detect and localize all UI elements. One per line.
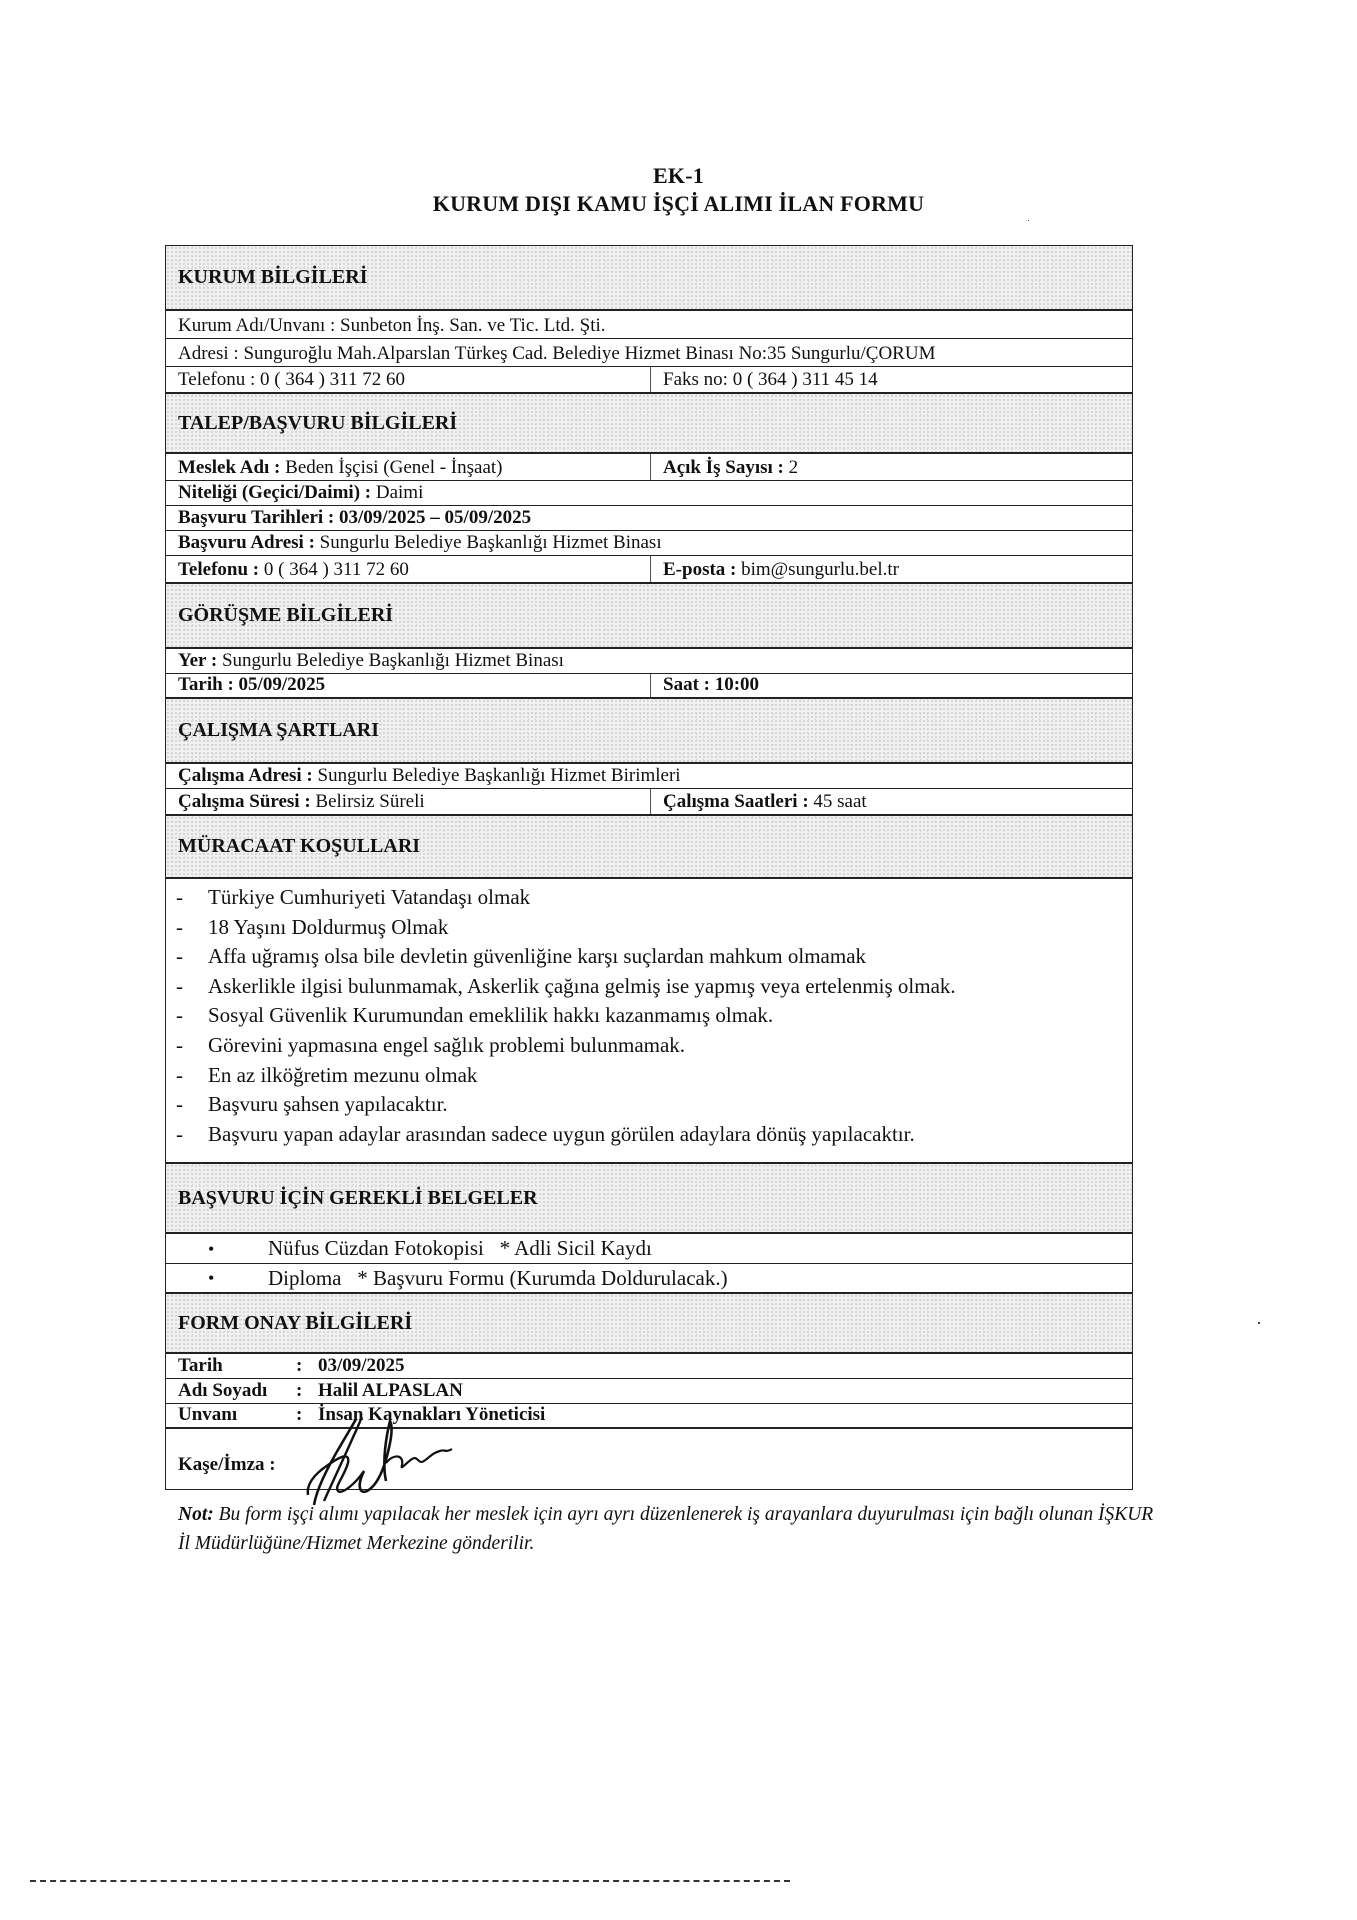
nature-value: Daimi (376, 483, 424, 502)
section-header-required-documents: BAŞVURU İÇİN GEREKLİ BELGELER (166, 1164, 1132, 1234)
approval-date-value: 03/09/2025 (318, 1356, 405, 1375)
condition-text: En az ilköğretim mezunu olmak (208, 1061, 477, 1091)
annex-label: EK-1 (0, 163, 1357, 189)
application-address-row: Başvuru Adresi : Sungurlu Belediye Başka… (166, 531, 1132, 556)
condition-item: -Başvuru şahsen yapılacaktır. (176, 1090, 1132, 1120)
application-address-value: Sungurlu Belediye Başkanlığı Hizmet Bina… (320, 533, 662, 552)
section-title: TALEP/BAŞVURU BİLGİLERİ (178, 412, 457, 435)
work-duration-label: Çalışma Süresi : (178, 792, 311, 811)
interview-date-label: Tarih : (178, 675, 234, 694)
condition-text: Sosyal Güvenlik Kurumundan emeklilik hak… (208, 1001, 773, 1031)
institution-phone-row: Telefonu : 0 ( 364 ) 311 72 60 Faks no: … (166, 367, 1132, 394)
condition-item: -18 Yaşını Doldurmuş Olmak (176, 913, 1132, 943)
application-conditions-list: -Türkiye Cumhuriyeti Vatandaşı olmak-18 … (166, 879, 1132, 1164)
dash-bullet-icon: - (176, 1001, 208, 1031)
document-text: Diploma * Başvuru Formu (Kurumda Dolduru… (268, 1268, 728, 1289)
institution-fax-value: 0 ( 364 ) 311 45 14 (733, 370, 878, 389)
application-phone-value: 0 ( 364 ) 311 72 60 (264, 560, 409, 579)
signature-icon (294, 1413, 494, 1513)
institution-address-row: Adresi : Sunguroğlu Mah.Alparslan Türkeş… (166, 339, 1132, 367)
condition-text: Affa uğramış olsa bile devletin güvenliğ… (208, 942, 866, 972)
application-address-label: Başvuru Adresi : (178, 533, 315, 552)
dash-bullet-icon: - (176, 942, 208, 972)
section-title: ÇALIŞMA ŞARTLARI (178, 719, 379, 742)
application-dates-label: Başvuru Tarihleri : (178, 508, 334, 527)
nature-row: Niteliği (Geçici/Daimi) : Daimi (166, 481, 1132, 506)
dash-bullet-icon: - (176, 1031, 208, 1061)
condition-text: Türkiye Cumhuriyeti Vatandaşı olmak (208, 883, 530, 913)
section-header-application: TALEP/BAŞVURU BİLGİLERİ (166, 394, 1132, 454)
section-header-form-approval: FORM ONAY BİLGİLERİ (166, 1294, 1132, 1354)
condition-item: -Türkiye Cumhuriyeti Vatandaşı olmak (176, 883, 1132, 913)
work-hours-label: Çalışma Saatleri : (663, 792, 809, 811)
institution-address-label: Adresi : (178, 344, 239, 363)
work-hours-value: 45 saat (813, 792, 866, 811)
footer-note: Not: Bu form işçi alımı yapılacak her me… (178, 1500, 1158, 1558)
openings-label: Açık İş Sayısı : (663, 458, 784, 477)
application-phone-label: Telefonu : (178, 560, 259, 579)
job-posting-form-table: KURUM BİLGİLERİ Kurum Adı/Unvanı : Sunbe… (165, 245, 1133, 1490)
document-item: •Diploma * Başvuru Formu (Kurumda Doldur… (166, 1264, 1132, 1294)
scan-artifact (1028, 220, 1029, 221)
section-header-working-conditions: ÇALIŞMA ŞARTLARI (166, 699, 1132, 764)
work-duration-row: Çalışma Süresi : Belirsiz Süreli Çalışma… (166, 789, 1132, 816)
interview-place-label: Yer : (178, 651, 217, 670)
application-contact-row: Telefonu : 0 ( 364 ) 311 72 60 E-posta :… (166, 556, 1132, 584)
occupation-label: Meslek Adı : (178, 458, 280, 477)
approval-name-value: Halil ALPASLAN (318, 1381, 463, 1400)
interview-place-row: Yer : Sungurlu Belediye Başkanlığı Hizme… (166, 649, 1132, 674)
dash-bullet-icon: - (176, 1090, 208, 1120)
bullet-icon: • (166, 1269, 268, 1287)
application-dates-value: 03/09/2025 – 05/09/2025 (339, 508, 531, 527)
stamp-signature-row: Kaşe/İmza : (166, 1429, 1132, 1489)
work-address-row: Çalışma Adresi : Sungurlu Belediye Başka… (166, 764, 1132, 789)
document-title: KURUM DIŞI KAMU İŞÇİ ALIMI İLAN FORMU (0, 191, 1357, 217)
openings-value: 2 (789, 458, 799, 477)
approval-name-row: Adı Soyadı:Halil ALPASLAN (166, 1379, 1132, 1404)
colon: : (296, 1381, 318, 1400)
condition-item: -Başvuru yapan adaylar arasından sadece … (176, 1120, 1132, 1150)
condition-item: -Askerlikle ilgisi bulunmamak, Askerlik … (176, 972, 1132, 1002)
section-title: FORM ONAY BİLGİLERİ (178, 1312, 412, 1335)
section-title: MÜRACAAT KOŞULLARI (178, 835, 420, 858)
condition-item: -Görevini yapmasına engel sağlık problem… (176, 1031, 1132, 1061)
dash-bullet-icon: - (176, 883, 208, 913)
approval-date-row: Tarih:03/09/2025 (166, 1354, 1132, 1379)
scan-artifact (1258, 1322, 1260, 1324)
institution-name-row: Kurum Adı/Unvanı : Sunbeton İnş. San. ve… (166, 311, 1132, 339)
dash-bullet-icon: - (176, 1061, 208, 1091)
note-label: Not: (178, 1504, 214, 1525)
required-documents-list: •Nüfus Cüzdan Fotokopisi * Adli Sicil Ka… (166, 1234, 1132, 1294)
condition-text: 18 Yaşını Doldurmuş Olmak (208, 913, 448, 943)
dash-bullet-icon: - (176, 1120, 208, 1150)
section-header-interview: GÖRÜŞME BİLGİLERİ (166, 584, 1132, 649)
page-bottom-rule (30, 1880, 790, 1882)
document-item: •Nüfus Cüzdan Fotokopisi * Adli Sicil Ka… (166, 1234, 1132, 1264)
section-header-institution: KURUM BİLGİLERİ (166, 246, 1132, 311)
approval-date-label: Tarih (178, 1356, 296, 1375)
condition-item: -Affa uğramış olsa bile devletin güvenli… (176, 942, 1132, 972)
institution-address-value: Sunguroğlu Mah.Alparslan Türkeş Cad. Bel… (243, 344, 935, 363)
approval-title-label: Unvanı (178, 1405, 296, 1424)
condition-text: Başvuru şahsen yapılacaktır. (208, 1090, 448, 1120)
institution-phone-label: Telefonu : (178, 370, 255, 389)
condition-text: Görevini yapmasına engel sağlık problemi… (208, 1031, 685, 1061)
section-title: BAŞVURU İÇİN GEREKLİ BELGELER (178, 1187, 538, 1210)
section-title: KURUM BİLGİLERİ (178, 266, 367, 289)
document-text: Nüfus Cüzdan Fotokopisi * Adli Sicil Kay… (268, 1238, 652, 1259)
colon: : (296, 1356, 318, 1375)
institution-name-value: Sunbeton İnş. San. ve Tic. Ltd. Şti. (340, 316, 606, 335)
condition-text: Askerlikle ilgisi bulunmamak, Askerlik ç… (208, 972, 956, 1002)
condition-text: Başvuru yapan adaylar arasından sadece u… (208, 1120, 915, 1150)
work-duration-value: Belirsiz Süreli (315, 792, 424, 811)
application-email-label: E-posta : (663, 560, 736, 579)
interview-date-value: 05/09/2025 (239, 675, 326, 694)
interview-time-label: Saat : (663, 675, 710, 694)
institution-fax-label: Faks no: (663, 370, 728, 389)
section-title: GÖRÜŞME BİLGİLERİ (178, 604, 393, 627)
occupation-value: Beden İşçisi (Genel - İnşaat) (285, 458, 502, 477)
interview-time-value: 10:00 (715, 675, 759, 694)
application-email-value: bim@sungurlu.bel.tr (741, 560, 899, 579)
nature-label: Niteliği (Geçici/Daimi) : (178, 483, 371, 502)
institution-name-label: Kurum Adı/Unvanı : (178, 316, 335, 335)
section-header-application-conditions: MÜRACAAT KOŞULLARI (166, 816, 1132, 879)
dash-bullet-icon: - (176, 913, 208, 943)
application-dates-row: Başvuru Tarihleri : 03/09/2025 – 05/09/2… (166, 506, 1132, 531)
note-text: Bu form işçi alımı yapılacak her meslek … (178, 1504, 1153, 1554)
condition-item: -Sosyal Güvenlik Kurumundan emeklilik ha… (176, 1001, 1132, 1031)
interview-datetime-row: Tarih : 05/09/2025 Saat : 10:00 (166, 674, 1132, 699)
approval-name-label: Adı Soyadı (178, 1381, 296, 1400)
occupation-row: Meslek Adı : Beden İşçisi (Genel - İnşaa… (166, 454, 1132, 481)
stamp-signature-label: Kaşe/İmza : (178, 1455, 276, 1474)
work-address-label: Çalışma Adresi : (178, 766, 313, 785)
work-address-value: Sungurlu Belediye Başkanlığı Hizmet Biri… (318, 766, 681, 785)
bullet-icon: • (166, 1240, 268, 1258)
dash-bullet-icon: - (176, 972, 208, 1002)
interview-place-value: Sungurlu Belediye Başkanlığı Hizmet Bina… (222, 651, 564, 670)
institution-phone-value: 0 ( 364 ) 311 72 60 (260, 370, 405, 389)
condition-item: -En az ilköğretim mezunu olmak (176, 1061, 1132, 1091)
